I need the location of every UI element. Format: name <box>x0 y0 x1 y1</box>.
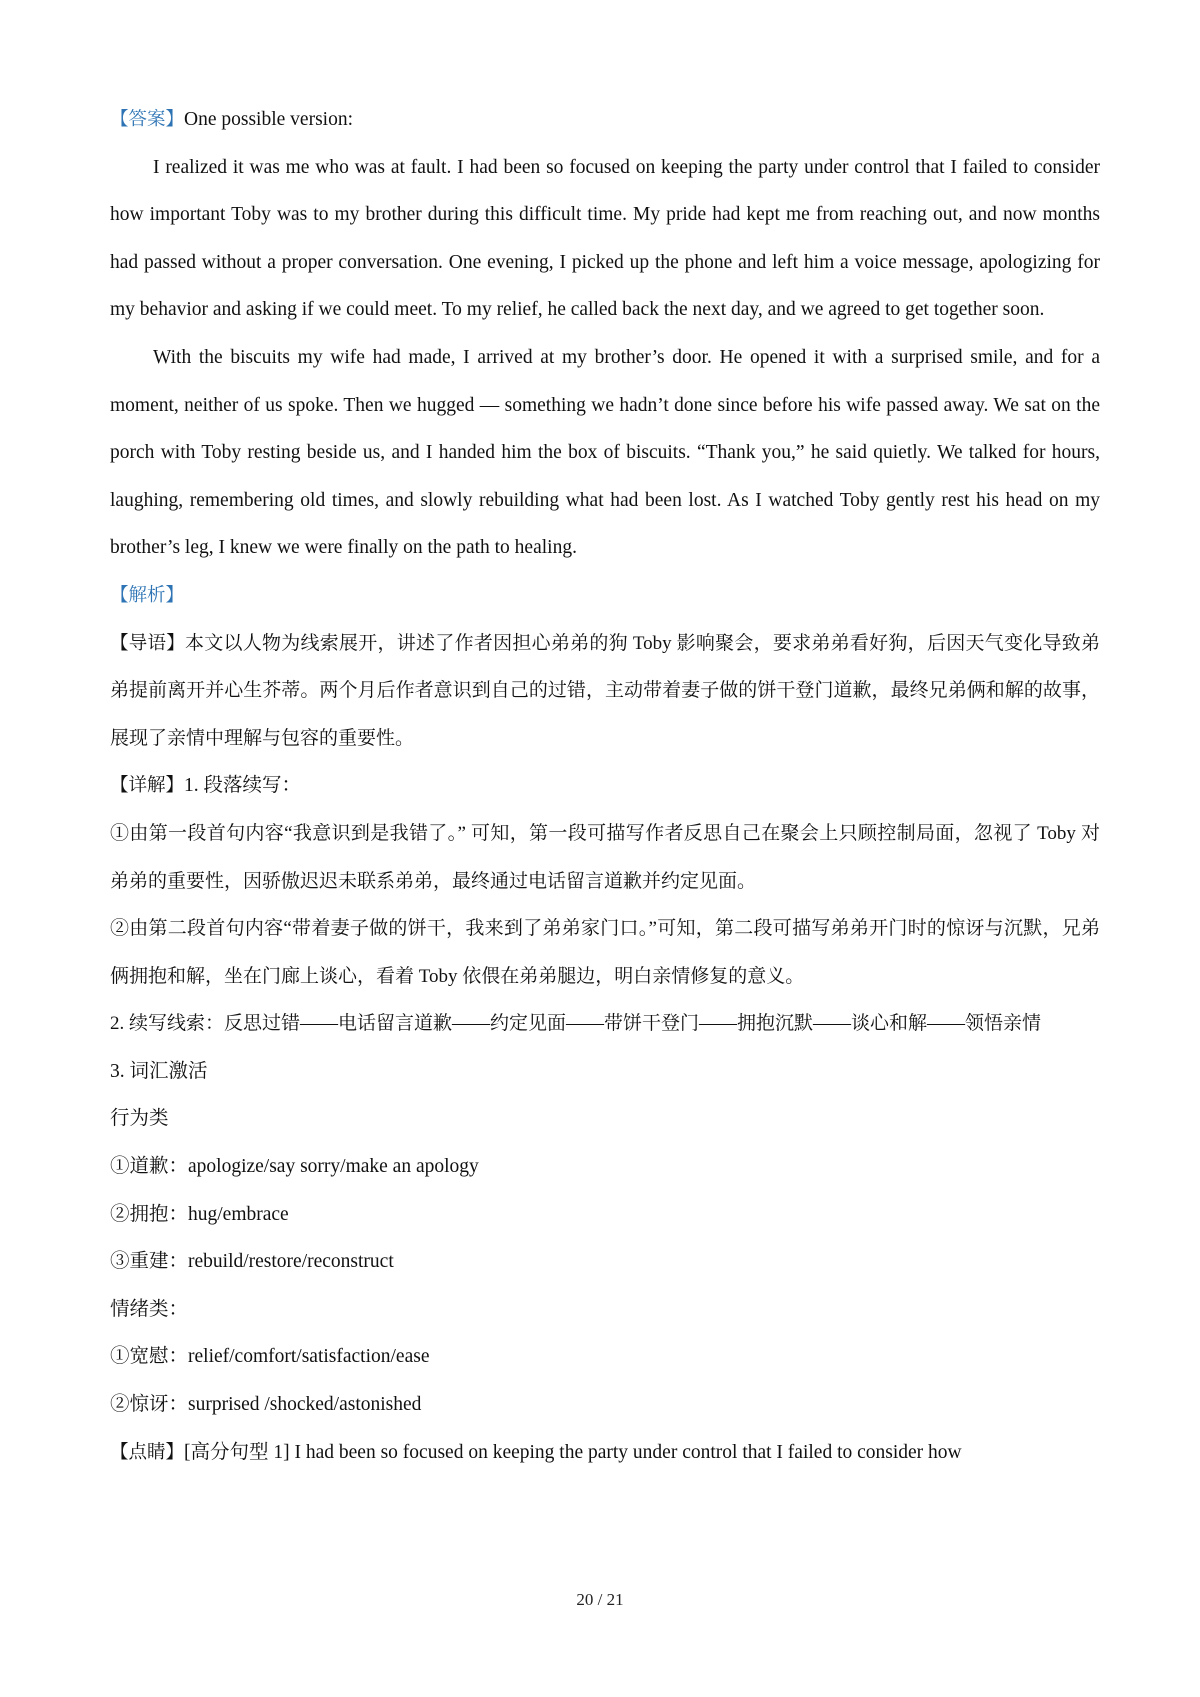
analysis-label: 【解析】 <box>110 585 184 606</box>
vocab-item-apologize: ①道歉：apologize/say sorry/make an apology <box>110 1143 1100 1191</box>
detail-label: 【详解】 <box>110 775 184 796</box>
detail-point-1: ①由第一段首句内容“我意识到是我错了。” 可知，第一段可描写作者反思自己在聚会上… <box>110 810 1100 905</box>
vocab-item-surprised: ②惊讶：surprised /shocked/astonished <box>110 1381 1100 1429</box>
guide-text: 本文以人物为线索展开，讲述了作者因担心弟弟的狗 Toby 影响聚会，要求弟弟看好… <box>110 633 1100 749</box>
detail-heading: 1. 段落续写： <box>184 775 301 796</box>
vocab-item-rebuild: ③重建：rebuild/restore/reconstruct <box>110 1238 1100 1286</box>
answer-intro: One possible version: <box>184 109 353 130</box>
highlight-section: 【点睛】[高分句型 1] I had been so focused on ke… <box>110 1429 1100 1477</box>
highlight-text: [高分句型 1] I had been so focused on keepin… <box>184 1442 962 1463</box>
emotion-heading: 情绪类： <box>110 1286 1100 1334</box>
writing-clue: 2. 续写线索：反思过错——电话留言道歉——约定见面——带饼干登门——拥抱沉默—… <box>110 1000 1100 1048</box>
page-number: 20 / 21 <box>0 1590 1200 1610</box>
behavior-heading: 行为类 <box>110 1095 1100 1143</box>
guide-section: 【导语】本文以人物为线索展开，讲述了作者因担心弟弟的狗 Toby 影响聚会，要求… <box>110 620 1100 763</box>
answer-label: 【答案】 <box>110 109 184 130</box>
analysis-header: 【解析】 <box>110 572 1100 620</box>
document-page: 【答案】One possible version: I realized it … <box>110 96 1100 1476</box>
vocab-item-relief: ①宽慰：relief/comfort/satisfaction/ease <box>110 1333 1100 1381</box>
answer-header: 【答案】One possible version: <box>110 96 1100 144</box>
detail-header: 【详解】1. 段落续写： <box>110 762 1100 810</box>
vocab-item-hug: ②拥抱：hug/embrace <box>110 1191 1100 1239</box>
detail-point-2: ②由第二段首句内容“带着妻子做的饼干，我来到了弟弟家门口。”可知，第二段可描写弟… <box>110 905 1100 1000</box>
highlight-label: 【点睛】 <box>110 1442 184 1463</box>
guide-label: 【导语】 <box>110 633 185 654</box>
vocab-heading: 3. 词汇激活 <box>110 1048 1100 1096</box>
answer-paragraph-2: With the biscuits my wife had made, I ar… <box>110 334 1100 572</box>
answer-paragraph-1: I realized it was me who was at fault. I… <box>110 144 1100 334</box>
